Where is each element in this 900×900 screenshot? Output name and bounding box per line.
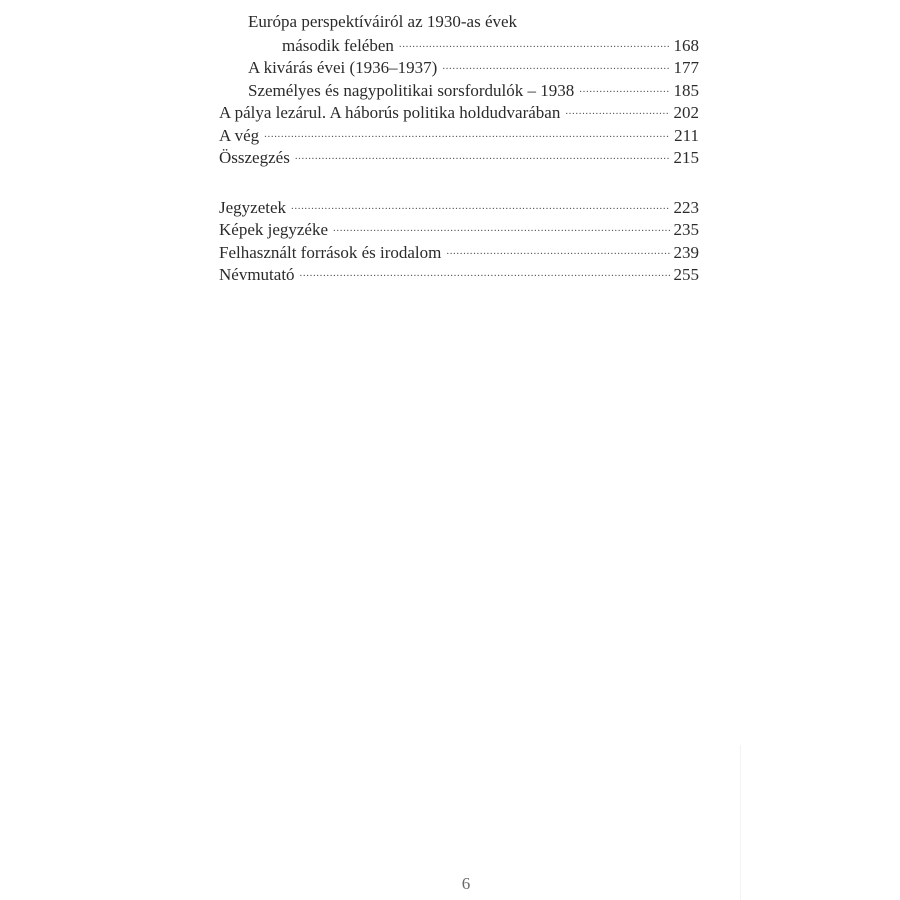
dot-leader — [446, 241, 669, 258]
dot-leader — [295, 146, 670, 163]
dot-leader — [399, 34, 670, 51]
toc-entry[interactable]: A kivárás évei (1936–1937) 177 — [219, 56, 699, 79]
table-of-contents: Európa perspektíváiról az 1930-as évek m… — [219, 11, 699, 286]
toc-entry-page: 223 — [674, 197, 700, 220]
toc-entry-title: Felhasznált források és irodalom — [219, 242, 441, 265]
toc-entry-title: Személyes és nagypolitikai sorsfordulók … — [248, 80, 574, 103]
toc-entry-page: 255 — [674, 264, 700, 287]
toc-entry-title: Névmutató — [219, 264, 295, 287]
toc-entry: Európa perspektíváiról az 1930-as évek — [219, 11, 699, 34]
toc-entry-page: 168 — [674, 35, 700, 58]
dot-leader — [333, 218, 669, 235]
toc-entry-title: Képek jegyzéke — [219, 219, 328, 242]
dot-leader — [264, 124, 670, 141]
toc-entry-page: 215 — [674, 147, 700, 170]
toc-entry-page: 177 — [674, 57, 700, 80]
toc-entry[interactable]: második felében 168 — [219, 34, 699, 57]
dot-leader — [579, 79, 669, 96]
toc-entry[interactable]: Képek jegyzéke 235 — [219, 218, 699, 241]
toc-entry-title: A vég — [219, 125, 259, 148]
toc-entry-title: Európa perspektíváiról az 1930-as évek — [248, 11, 517, 34]
dot-leader — [565, 101, 669, 118]
toc-entry-page: 235 — [674, 219, 700, 242]
toc-entry-page: 239 — [674, 242, 700, 265]
toc-entry[interactable]: Jegyzetek 223 — [219, 196, 699, 219]
dot-leader — [442, 56, 669, 73]
toc-entry[interactable]: Személyes és nagypolitikai sorsfordulók … — [219, 79, 699, 102]
toc-entry-title: második felében — [282, 35, 394, 58]
toc-entry-title: A kivárás évei (1936–1937) — [248, 57, 437, 80]
toc-entry-page: 202 — [674, 102, 700, 125]
toc-entry[interactable]: Felhasznált források és irodalom 239 — [219, 241, 699, 264]
toc-entry-title: A pálya lezárul. A háborús politika hold… — [219, 102, 560, 125]
toc-entry[interactable]: Összegzés 215 — [219, 146, 699, 169]
toc-entry-title: Jegyzetek — [219, 197, 286, 220]
dot-leader — [291, 196, 669, 213]
toc-entry[interactable]: Névmutató 255 — [219, 263, 699, 286]
toc-entry-page: 185 — [674, 80, 700, 103]
toc-entry[interactable]: A pálya lezárul. A háborús politika hold… — [219, 101, 699, 124]
toc-entry-page: 211 — [674, 125, 699, 148]
toc-group-appendices: Jegyzetek 223 Képek jegyzéke 235 Felhasz… — [219, 196, 699, 286]
document-page: Európa perspektíváiról az 1930-as évek m… — [0, 0, 900, 900]
dot-leader — [300, 263, 670, 280]
page-number: 6 — [0, 874, 900, 894]
toc-entry[interactable]: A vég 211 — [219, 124, 699, 147]
toc-entry-title: Összegzés — [219, 147, 290, 170]
toc-group-chapters: Európa perspektíváiról az 1930-as évek m… — [219, 11, 699, 169]
